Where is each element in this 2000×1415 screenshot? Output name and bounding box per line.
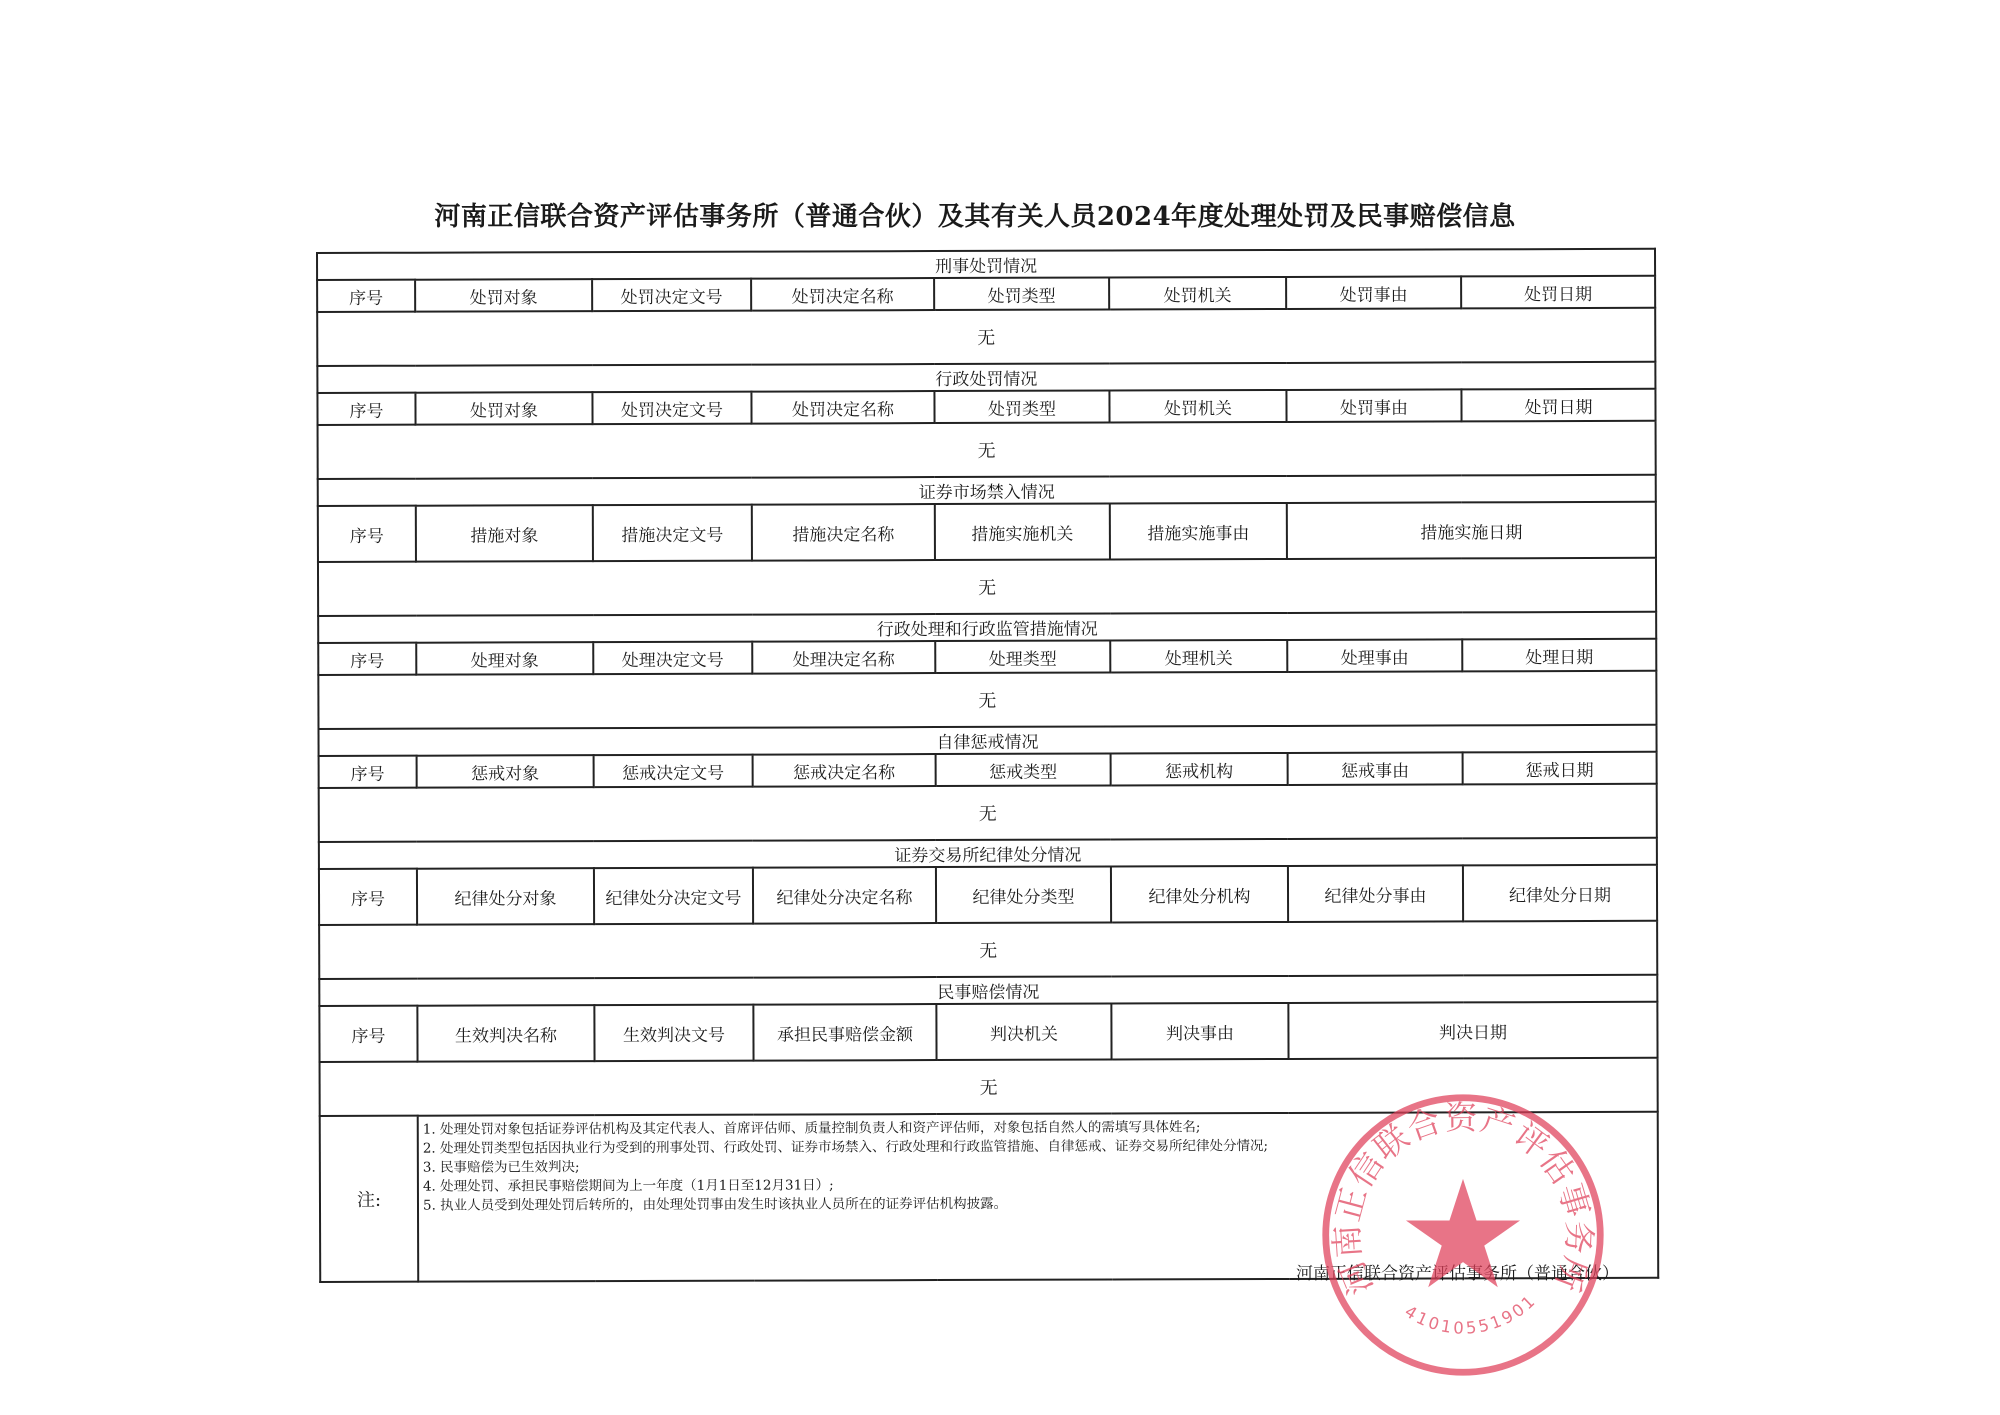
column-header: 序号 — [319, 756, 417, 788]
section-title-row: 证券市场禁入情况 — [318, 475, 1656, 506]
column-header: 纪律处分机构 — [1111, 866, 1288, 923]
column-header: 处罚决定文号 — [592, 392, 751, 424]
column-header: 处理决定文号 — [593, 642, 752, 674]
column-header: 处理对象 — [416, 642, 593, 675]
column-header: 判决机关 — [936, 1004, 1111, 1061]
column-header: 处罚事由 — [1286, 276, 1461, 309]
column-header: 序号 — [317, 393, 415, 425]
column-header: 处罚对象 — [415, 279, 592, 312]
section-title-row: 证券交易所纪律处分情况 — [319, 838, 1657, 869]
column-header: 纪律处分类型 — [936, 867, 1111, 924]
notes-label: 注: — [320, 1116, 419, 1282]
column-header: 处罚类型 — [934, 391, 1109, 424]
column-header: 纪律处分对象 — [417, 868, 594, 925]
section-title: 行政处罚情况 — [317, 362, 1655, 393]
column-header: 处理事由 — [1287, 639, 1462, 672]
section-title-row: 行政处理和行政监管措施情况 — [318, 612, 1656, 643]
column-header: 惩戒对象 — [417, 755, 594, 788]
empty-row: 无 — [318, 671, 1656, 729]
section-title-row: 行政处罚情况 — [317, 362, 1655, 393]
column-header: 惩戒决定文号 — [594, 755, 753, 787]
column-header: 序号 — [319, 1006, 417, 1062]
column-header: 生效判决名称 — [417, 1005, 594, 1062]
column-header: 处理机关 — [1110, 640, 1287, 673]
column-header-row: 序号处罚对象处罚决定文号处罚决定名称处罚类型处罚机关处罚事由处罚日期 — [317, 276, 1655, 312]
column-header: 处罚决定名称 — [751, 278, 934, 311]
empty-row: 无 — [318, 421, 1656, 479]
column-header-row: 序号生效判决名称生效判决文号承担民事赔偿金额判决机关判决事由判决日期 — [319, 1002, 1657, 1062]
column-header: 纪律处分决定文号 — [594, 868, 753, 924]
column-header: 序号 — [319, 869, 417, 925]
column-header: 判决日期 — [1288, 1002, 1657, 1059]
section-title: 自律惩戒情况 — [318, 725, 1656, 756]
column-header: 纪律处分决定名称 — [753, 867, 936, 924]
column-header: 措施决定文号 — [593, 505, 752, 561]
section-title: 行政处理和行政监管措施情况 — [318, 612, 1656, 643]
column-header-row: 序号纪律处分对象纪律处分决定文号纪律处分决定名称纪律处分类型纪律处分机构纪律处分… — [319, 865, 1657, 925]
column-header: 处罚决定文号 — [592, 279, 751, 311]
column-header: 承担民事赔偿金额 — [753, 1004, 936, 1061]
empty-row: 无 — [319, 784, 1657, 842]
column-header: 序号 — [317, 280, 415, 312]
company-seal: 河南正信联合资产评估事务所（普通合伙） 4101055190137 — [1318, 1090, 1608, 1380]
column-header: 措施实施日期 — [1287, 502, 1656, 559]
empty-value: 无 — [317, 308, 1655, 366]
column-header: 处罚日期 — [1461, 389, 1655, 422]
section-title: 证券市场禁入情况 — [318, 475, 1656, 506]
column-header: 纪律处分事由 — [1288, 865, 1463, 922]
column-header-row: 序号处罚对象处罚决定文号处罚决定名称处罚类型处罚机关处罚事由处罚日期 — [317, 389, 1655, 425]
column-header: 生效判决文号 — [594, 1005, 753, 1061]
column-header-row: 序号惩戒对象惩戒决定文号惩戒决定名称惩戒类型惩戒机构惩戒事由惩戒日期 — [319, 752, 1657, 788]
column-header: 序号 — [318, 506, 416, 562]
empty-row: 无 — [318, 558, 1656, 616]
star-icon — [1406, 1179, 1520, 1287]
column-header-row: 序号措施对象措施决定文号措施决定名称措施实施机关措施实施事由措施实施日期 — [318, 502, 1656, 562]
column-header: 处罚对象 — [415, 392, 592, 425]
column-header: 处理日期 — [1462, 639, 1656, 672]
column-header: 判决事由 — [1111, 1003, 1288, 1060]
column-header: 序号 — [318, 643, 416, 675]
column-header: 处罚日期 — [1461, 276, 1655, 309]
document-title: 河南正信联合资产评估事务所（普通合伙）及其有关人员2024年度处理处罚及民事赔偿… — [0, 196, 1950, 233]
column-header: 惩戒日期 — [1463, 752, 1657, 785]
section-title-row: 民事赔偿情况 — [319, 975, 1657, 1006]
column-header: 惩戒事由 — [1288, 752, 1463, 785]
empty-value: 无 — [318, 671, 1656, 729]
empty-value: 无 — [318, 558, 1656, 616]
section-title: 刑事处罚情况 — [317, 249, 1655, 280]
empty-value: 无 — [318, 421, 1656, 479]
column-header: 处罚机关 — [1109, 390, 1286, 423]
column-header: 惩戒决定名称 — [753, 754, 936, 787]
column-header: 措施实施事由 — [1110, 503, 1287, 560]
section-title: 证券交易所纪律处分情况 — [319, 838, 1657, 869]
section-title: 民事赔偿情况 — [319, 975, 1657, 1006]
column-header: 处理决定名称 — [752, 641, 935, 674]
column-header: 处罚类型 — [934, 278, 1109, 311]
empty-value: 无 — [319, 921, 1657, 979]
column-header: 措施对象 — [416, 505, 593, 562]
section-title-row: 自律惩戒情况 — [318, 725, 1656, 756]
section-title-row: 刑事处罚情况 — [317, 249, 1655, 280]
column-header: 惩戒机构 — [1111, 753, 1288, 786]
column-header: 惩戒类型 — [936, 754, 1111, 787]
column-header: 处罚决定名称 — [751, 391, 934, 424]
column-header: 纪律处分日期 — [1463, 865, 1657, 922]
column-header: 处罚事由 — [1286, 389, 1461, 422]
column-header-row: 序号处理对象处理决定文号处理决定名称处理类型处理机关处理事由处理日期 — [318, 639, 1656, 675]
column-header: 处理类型 — [935, 641, 1110, 674]
empty-row: 无 — [319, 921, 1657, 979]
column-header: 措施决定名称 — [752, 504, 935, 561]
empty-row: 无 — [317, 308, 1655, 366]
column-header: 措施实施机关 — [935, 504, 1110, 561]
empty-value: 无 — [319, 784, 1657, 842]
column-header: 处罚机关 — [1109, 277, 1286, 310]
